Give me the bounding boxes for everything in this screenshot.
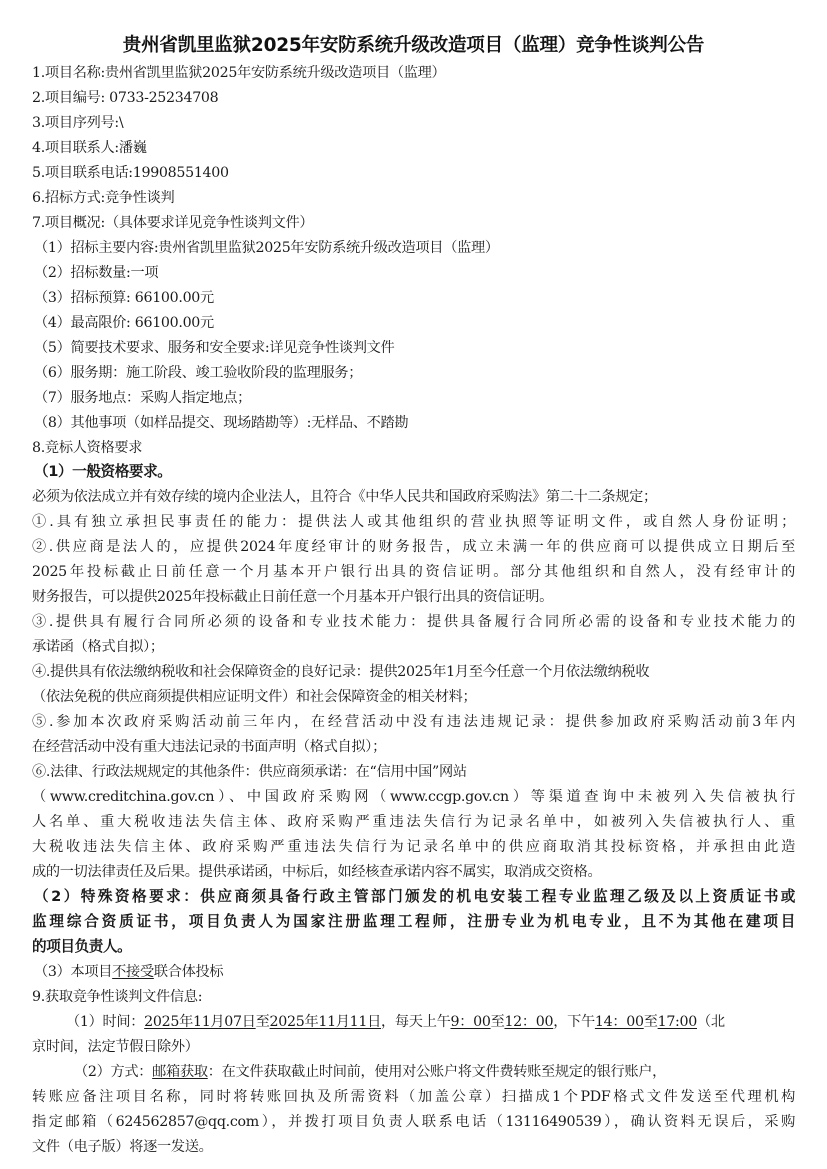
- am-start: 9：00: [450, 1014, 490, 1030]
- item-project-contact: 4.项目联系人:潘巍: [32, 138, 147, 158]
- qualification-line: ①.具有独立承担民事责任的能力：提供法人或其他组织的营业执照等证明文件，或自然人…: [32, 512, 795, 532]
- overview-item: （3）招标预算: 66100.00元: [34, 288, 214, 308]
- qualification-line: ⑥.法律、行政法规规定的其他条件：供应商须承诺：在“信用中国”网站: [32, 762, 467, 782]
- obtain-time-line: （1）时间：2025年11月07日至2025年11月11日，每天上午9：00至1…: [66, 1012, 725, 1032]
- obtain-method-line3: 指定邮箱（624562857@qq.com），并拨打项目负责人联系电话（1311…: [32, 1112, 795, 1132]
- overview-item: （8）其他事项（如样品提交、现场踏勘等）:无样品、不踏勘: [34, 413, 408, 433]
- consortium-prefix: （3）本项目: [34, 964, 112, 980]
- item-project-name: 1.项目名称:贵州省凯里监狱2025年安防系统升级改造项目（监理）: [32, 63, 445, 83]
- to-text: 至: [491, 1014, 505, 1030]
- consortium-line: （3）本项目不接受联合体投标: [34, 962, 223, 982]
- overview-item: （1）招标主要内容:贵州省凯里监狱2025年安防系统升级改造项目（监理）: [34, 238, 499, 258]
- overview-item: （7）服务地点：采购人指定地点；: [34, 388, 251, 408]
- qualification-line: 承诺函（格式自拟）；: [32, 637, 164, 657]
- date-start: 2025年11月07日: [144, 1014, 255, 1030]
- qualification-line: 2025年投标截止日前任意一个月基本开户银行出具的资信证明。部分其他组织和自然人…: [32, 562, 795, 582]
- qualification-line: 人名单、重大税收违法失信主体、政府采购严重违法失信行为记录名单中，如被列入失信被…: [32, 812, 795, 832]
- general-qualification-heading: （1）一般资格要求。: [34, 462, 172, 482]
- qualification-line: ④.提供具有依法缴纳税收和社会保障资金的良好记录：提供2025年1月至今任意一个…: [32, 662, 649, 682]
- special-qualification-line: （2）特殊资格要求：供应商须具备行政主管部门颁发的机电安装工程专业监理乙级及以上…: [34, 887, 795, 907]
- time-label: （1）时间：: [66, 1014, 144, 1030]
- pm-end: 17:00: [658, 1014, 697, 1030]
- to-text: 至: [644, 1014, 658, 1030]
- pm-label: ，下午: [553, 1014, 595, 1030]
- paren-text: （北: [697, 1014, 725, 1030]
- daily-label: ，每天上午: [381, 1014, 450, 1030]
- overview-item: （4）最高限价: 66100.00元: [34, 313, 214, 333]
- pm-start: 14：00: [595, 1014, 644, 1030]
- qualification-line: 成的一切法律责任及后果。提供承诺函，中标后，如经核查承诺内容不属实，取消成交资格…: [32, 862, 601, 882]
- qualification-line: 财务报告，可以提供2025年投标截止日前任意一个月基本开户银行出具的资信证明。: [32, 587, 553, 607]
- obtain-heading: 9.获取竞争性谈判文件信息:: [32, 987, 202, 1007]
- qualification-line: ③.提供具有履行合同所必须的设备和专业技术能力：提供具备履行合同所必需的设备和专…: [32, 612, 795, 632]
- item-project-phone: 5.项目联系电话:19908551400: [32, 163, 229, 183]
- qualification-line: ②.供应商是法人的，应提供2024年度经审计的财务报告，成立未满一年的供应商可以…: [32, 537, 795, 557]
- overview-item: （6）服务期：施工阶段、竣工验收阶段的监理服务；: [34, 363, 362, 383]
- to-text: 至: [256, 1014, 270, 1030]
- overview-item: （5）简要技术要求、服务和安全要求:详见竞争性谈判文件: [34, 338, 394, 358]
- qualification-line: 大税收违法失信主体、政府采购严重违法失信行为记录名单中的供应商取消其投标资格，并…: [32, 837, 795, 857]
- item-project-number: 2.项目编号: 0733-25234708: [32, 88, 218, 108]
- qualification-line: （依法免税的供应商须提供相应证明文件）和社会保障资金的相关材料；: [32, 687, 476, 707]
- qualification-line: 在经营活动中没有重大违法记录的书面声明（格式自拟）；: [32, 737, 386, 757]
- item-project-serial: 3.项目序列号:\: [32, 113, 123, 133]
- item-project-overview: 7.项目概况:（具体要求详见竞争性谈判文件）: [32, 213, 313, 233]
- general-qualification-intro: 必须为依法成立并有效存续的境内企业法人，且符合《中华人民共和国政府采购法》第二十…: [32, 487, 657, 507]
- qualification-line: （www.creditchina.gov.cn）、中国政府采购网（www.ccg…: [32, 787, 795, 807]
- item-tender-method: 6.招标方式:竞争性谈判: [32, 188, 174, 208]
- date-end: 2025年11月11日: [270, 1014, 381, 1030]
- obtain-time-cont: 京时间，法定节假日除外）: [32, 1037, 199, 1057]
- qualification-line: ⑤.参加本次政府采购活动前三年内，在经营活动中没有违法违规记录：提供参加政府采购…: [32, 712, 795, 732]
- method-rest: ：在文件获取截止时间前，使用对公账户将文件费转账至规定的银行账户，: [208, 1064, 666, 1080]
- consortium-suffix: 联合体投标: [154, 964, 223, 980]
- obtain-method-line4: 文件（电子版）将逐一发送。: [32, 1137, 213, 1157]
- method-label: （2）方式：: [74, 1064, 152, 1080]
- obtain-method-line: （2）方式：邮箱获取：在文件获取截止时间前，使用对公账户将文件费转账至规定的银行…: [74, 1062, 666, 1082]
- qualification-heading: 8.竞标人资格要求: [32, 438, 142, 458]
- special-qualification-line: 监理综合资质证书，项目负责人为国家注册监理工程师，注册专业为机电专业，且不为其他…: [32, 912, 795, 932]
- document-page: 贵州省凯里监狱2025年安防系统升级改造项目（监理）竞争性谈判公告 1.项目名称…: [0, 0, 827, 1169]
- consortium-not-accepted: 不接受: [112, 964, 154, 980]
- overview-item: （2）招标数量:一项: [34, 263, 158, 283]
- method-email: 邮箱获取: [152, 1064, 208, 1080]
- special-qualification-line: 的项目负责人。: [32, 937, 131, 957]
- obtain-method-line2: 转账应备注项目名称，同时将转账回执及所需资料（加盖公章）扫描成1个PDF格式文件…: [32, 1087, 795, 1107]
- document-title: 贵州省凯里监狱2025年安防系统升级改造项目（监理）竞争性谈判公告: [0, 33, 827, 59]
- am-end: 12：00: [504, 1014, 553, 1030]
